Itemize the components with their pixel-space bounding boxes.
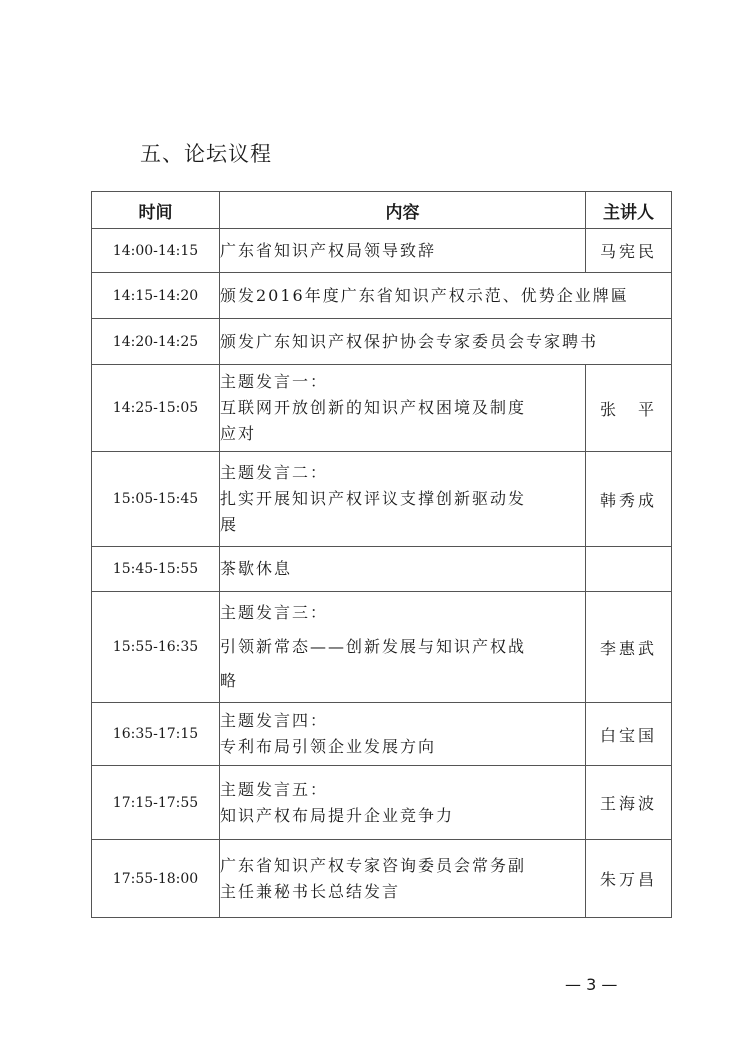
table-row: 17:55-18:00广东省知识产权专家咨询委员会常务副主任兼秘书长总结发言朱万…: [92, 840, 672, 918]
table-header-row: 时间 内容 主讲人: [92, 192, 672, 229]
header-content: 内容: [220, 192, 586, 229]
time-cell: 16:35-17:15: [92, 703, 220, 766]
time-cell: 14:15-14:20: [92, 273, 220, 319]
content-cell: 主题发言五：知识产权布局提升企业竞争力: [220, 766, 586, 840]
speaker-cell: 马宪民: [586, 229, 672, 273]
time-cell: 15:45-15:55: [92, 547, 220, 592]
content-line: 广东省知识产权专家咨询委员会常务副: [220, 853, 585, 879]
content-cell: 广东省知识产权局领导致辞: [220, 229, 586, 273]
table-row: 14:25-15:05主题发言一：互联网开放创新的知识产权困境及制度应对张 平: [92, 365, 672, 452]
content-cell: 主题发言三：引领新常态——创新发展与知识产权战略: [220, 592, 586, 703]
content-cell: 颁发2016年度广东省知识产权示范、优势企业牌匾: [220, 273, 672, 319]
content-line: 广东省知识产权局领导致辞: [220, 238, 585, 264]
time-cell: 14:20-14:25: [92, 319, 220, 365]
section-title: 五、论坛议程: [140, 138, 272, 168]
table-row: 14:00-14:15广东省知识产权局领导致辞马宪民: [92, 229, 672, 273]
table-row: 14:15-14:20颁发2016年度广东省知识产权示范、优势企业牌匾: [92, 273, 672, 319]
speaker-cell: 朱万昌: [586, 840, 672, 918]
time-cell: 14:25-15:05: [92, 365, 220, 452]
time-cell: 15:55-16:35: [92, 592, 220, 703]
table-row: 14:20-14:25颁发广东知识产权保护协会专家委员会专家聘书: [92, 319, 672, 365]
table-row: 15:45-15:55茶歇休息: [92, 547, 672, 592]
content-cell: 主题发言一：互联网开放创新的知识产权困境及制度应对: [220, 365, 586, 452]
time-cell: 15:05-15:45: [92, 452, 220, 547]
speaker-cell: 李惠武: [586, 592, 672, 703]
speaker-cell: 白宝国: [586, 703, 672, 766]
table-row: 17:15-17:55主题发言五：知识产权布局提升企业竞争力王海波: [92, 766, 672, 840]
header-time: 时间: [92, 192, 220, 229]
content-line: 主任兼秘书长总结发言: [220, 879, 585, 905]
content-line: 互联网开放创新的知识产权困境及制度: [220, 395, 585, 421]
time-cell: 17:55-18:00: [92, 840, 220, 918]
table-row: 16:35-17:15主题发言四：专利布局引领企业发展方向白宝国: [92, 703, 672, 766]
content-cell: 广东省知识产权专家咨询委员会常务副主任兼秘书长总结发言: [220, 840, 586, 918]
content-line: 主题发言二：: [220, 460, 585, 486]
content-line: 展: [220, 512, 585, 538]
content-cell: 主题发言二：扎实开展知识产权评议支撑创新驱动发展: [220, 452, 586, 547]
agenda-table: 时间 内容 主讲人 14:00-14:15广东省知识产权局领导致辞马宪民14:1…: [91, 191, 672, 918]
content-line: 主题发言五：: [220, 777, 585, 803]
content-line: 应对: [220, 421, 585, 447]
content-line: 主题发言三：: [220, 596, 585, 630]
content-line: 主题发言一：: [220, 369, 585, 395]
time-cell: 14:00-14:15: [92, 229, 220, 273]
table-row: 15:05-15:45主题发言二：扎实开展知识产权评议支撑创新驱动发展韩秀成: [92, 452, 672, 547]
table-row: 15:55-16:35主题发言三：引领新常态——创新发展与知识产权战略李惠武: [92, 592, 672, 703]
header-speaker: 主讲人: [586, 192, 672, 229]
content-line: 引领新常态——创新发展与知识产权战: [220, 630, 585, 664]
speaker-cell: [586, 547, 672, 592]
speaker-cell: 张 平: [586, 365, 672, 452]
content-line: 主题发言四：: [220, 708, 585, 734]
content-line: 知识产权布局提升企业竞争力: [220, 803, 585, 829]
content-line: 扎实开展知识产权评议支撑创新驱动发: [220, 486, 585, 512]
speaker-cell: 韩秀成: [586, 452, 672, 547]
agenda-body: 14:00-14:15广东省知识产权局领导致辞马宪民14:15-14:20颁发2…: [92, 229, 672, 918]
content-cell: 颁发广东知识产权保护协会专家委员会专家聘书: [220, 319, 672, 365]
page-number: — 3 —: [565, 975, 617, 994]
content-cell: 主题发言四：专利布局引领企业发展方向: [220, 703, 586, 766]
speaker-cell: 王海波: [586, 766, 672, 840]
content-line: 颁发广东知识产权保护协会专家委员会专家聘书: [220, 329, 671, 355]
content-line: 专利布局引领企业发展方向: [220, 734, 585, 760]
content-cell: 茶歇休息: [220, 547, 586, 592]
content-line: 略: [220, 664, 585, 698]
content-line: 茶歇休息: [220, 556, 585, 582]
content-line: 颁发2016年度广东省知识产权示范、优势企业牌匾: [220, 283, 671, 309]
time-cell: 17:15-17:55: [92, 766, 220, 840]
